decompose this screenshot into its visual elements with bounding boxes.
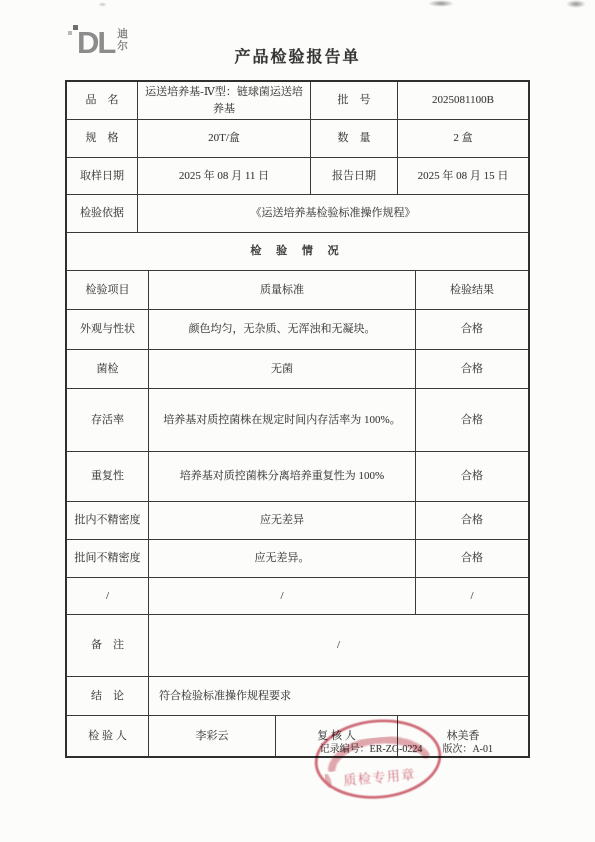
report-table: 品 名 运送培养基-Ⅳ型：链球菌运送培养基 批 号 2025081100B 规 … <box>65 80 530 758</box>
table-row: 批内不精密度 应无差异 合格 <box>67 501 528 539</box>
item-standard: 应无差异 <box>148 502 415 539</box>
item-name: 批内不精密度 <box>67 502 148 539</box>
table-row-product: 品 名 运送培养基-Ⅳ型：链球菌运送培养基 批 号 2025081100B <box>67 82 528 119</box>
item-result: 合格 <box>415 502 528 539</box>
item-name: 存活率 <box>67 389 148 451</box>
item-standard: / <box>148 578 415 614</box>
item-standard: 颜色均匀，无杂质、无浑浊和无凝块。 <box>148 310 415 349</box>
item-result: / <box>415 578 528 614</box>
logo-cn-top: 迪 <box>117 29 128 41</box>
item-standard: 培养基对质控菌株在规定时间内存活率为 100%。 <box>148 389 415 451</box>
table-row-remark: 备 注 / <box>67 614 528 676</box>
page-title: 产品检验报告单 <box>0 44 595 67</box>
stamp-center-text: 质检专用章 <box>343 767 417 788</box>
table-row-section-title: 检 验 情 况 <box>67 232 528 270</box>
spec-value: 20T/盒 <box>137 120 310 157</box>
inspection-report-page: DL 迪 尔 产品检验报告单 品 名 运送培养基-Ⅳ型：链球菌运送培养基 批 号… <box>0 0 595 842</box>
report-date-value: 2025 年 08 月 15 日 <box>397 158 528 194</box>
product-name-label: 品 名 <box>67 82 137 119</box>
sampling-date-label: 取样日期 <box>67 158 137 194</box>
table-row-headers: 检验项目 质量标准 检验结果 <box>67 270 528 309</box>
item-result: 合格 <box>415 310 528 349</box>
table-row-dates: 取样日期 2025 年 08 月 11 日 报告日期 2025 年 08 月 1… <box>67 157 528 194</box>
item-name: 外观与性状 <box>67 310 148 349</box>
scan-artifact <box>428 0 454 7</box>
section-title: 检 验 情 况 <box>67 233 528 270</box>
scan-artifact <box>98 2 107 7</box>
item-name: / <box>67 578 148 614</box>
item-name: 重复性 <box>67 452 148 501</box>
record-number: 记录编号：ER-ZG-0224 <box>320 740 423 755</box>
item-standard: 无菌 <box>148 350 415 388</box>
batch-no-label: 批 号 <box>310 82 397 119</box>
quantity-value: 2 盒 <box>397 120 528 157</box>
item-name: 批间不精密度 <box>67 540 148 577</box>
report-date-label: 报告日期 <box>310 158 397 194</box>
conclusion-value: 符合检验标准操作规程要求 <box>148 677 528 715</box>
document-footer: 记录编号：ER-ZG-0224 版次：A-01 <box>65 740 530 755</box>
item-result: 合格 <box>415 389 528 451</box>
scan-artifact <box>566 0 586 8</box>
sampling-date-value: 2025 年 08 月 11 日 <box>137 158 310 194</box>
table-row: 存活率 培养基对质控菌株在规定时间内存活率为 100%。 合格 <box>67 388 528 451</box>
table-row-conclusion: 结 论 符合检验标准操作规程要求 <box>67 676 528 715</box>
quantity-label: 数 量 <box>310 120 397 157</box>
logo-square-icon <box>73 25 78 30</box>
remark-value: / <box>148 615 528 676</box>
basis-value: 《运送培养基检验标准操作规程》 <box>137 195 528 232</box>
col-header-item: 检验项目 <box>67 271 148 309</box>
item-standard: 培养基对质控菌株分离培养重复性为 100% <box>148 452 415 501</box>
product-name-value: 运送培养基-Ⅳ型：链球菌运送培养基 <box>137 82 310 119</box>
table-row-spec: 规 格 20T/盒 数 量 2 盒 <box>67 119 528 157</box>
stamp-arc-text-illegible <box>325 775 331 786</box>
spec-label: 规 格 <box>67 120 137 157</box>
remark-label: 备 注 <box>67 615 148 676</box>
col-header-standard: 质量标准 <box>148 271 415 309</box>
logo-square-icon <box>68 31 72 35</box>
conclusion-label: 结 论 <box>67 677 148 715</box>
table-row: 重复性 培养基对质控菌株分离培养重复性为 100% 合格 <box>67 451 528 501</box>
version-number: 版次：A-01 <box>442 740 493 755</box>
basis-label: 检验依据 <box>67 195 137 232</box>
item-standard: 应无差异。 <box>148 540 415 577</box>
table-row: 外观与性状 颜色均匀，无杂质、无浑浊和无凝块。 合格 <box>67 309 528 349</box>
table-row-basis: 检验依据 《运送培养基检验标准操作规程》 <box>67 194 528 232</box>
item-result: 合格 <box>415 452 528 501</box>
batch-no-value: 2025081100B <box>397 82 528 119</box>
col-header-result: 检验结果 <box>415 271 528 309</box>
item-name: 菌检 <box>67 350 148 388</box>
item-result: 合格 <box>415 540 528 577</box>
table-row-empty: / / / <box>67 577 528 614</box>
table-row: 批间不精密度 应无差异。 合格 <box>67 539 528 577</box>
item-result: 合格 <box>415 350 528 388</box>
table-row: 菌检 无菌 合格 <box>67 349 528 388</box>
